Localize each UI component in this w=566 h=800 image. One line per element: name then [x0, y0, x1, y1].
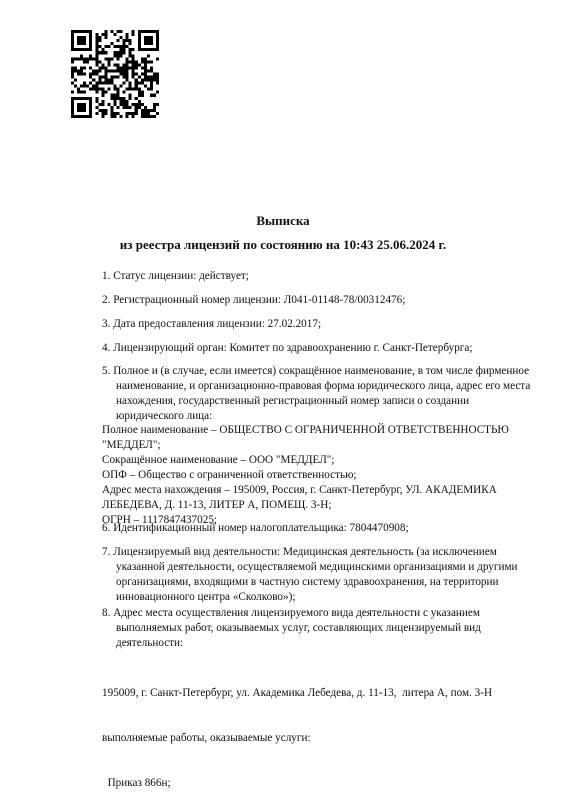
activity-address-line: 195009, г. Санкт-Петербург, ул. Академик… [102, 686, 492, 701]
activity-services-label: выполняемые работы, оказываемые услуги: [102, 731, 492, 746]
activity-order: Приказ 866н; [102, 776, 492, 791]
qr-code [71, 30, 159, 118]
document-subtitle: из реестра лицензий по состоянию на 10:4… [0, 237, 566, 253]
item-3: 3. Дата предоставления лицензии: 27.02.2… [102, 317, 321, 332]
item-4: 4. Лицензирующий орган: Комитет по здрав… [102, 341, 472, 356]
item-6: 6. Идентификационный номер налогоплатель… [102, 521, 409, 536]
item-1: 1. Статус лицензии: действует; [102, 269, 249, 284]
item-8: 8. Адрес места осуществления лицензируем… [102, 606, 481, 651]
item-5: 5. Полное и (в случае, если имеется) сок… [102, 364, 530, 424]
activity-address: 195009, г. Санкт-Петербург, ул. Академик… [102, 656, 492, 800]
org-full-name: Полное наименование – ОБЩЕСТВО С ОГРАНИЧ… [102, 423, 509, 438]
org-address: Адрес места нахождения – 195009, Россия,… [102, 483, 509, 498]
org-short-name: Сокращённое наименование – ООО "МЕДДЕЛ"; [102, 453, 509, 468]
item-7: 7. Лицензируемый вид деятельности: Медиц… [102, 545, 518, 605]
org-legal-form: ОПФ – Общество с ограниченной ответствен… [102, 468, 509, 483]
item-2: 2. Регистрационный номер лицензии: Л041-… [102, 293, 405, 308]
organization-details: Полное наименование – ОБЩЕСТВО С ОГРАНИЧ… [102, 423, 509, 528]
document-title: Выписка [0, 213, 566, 229]
